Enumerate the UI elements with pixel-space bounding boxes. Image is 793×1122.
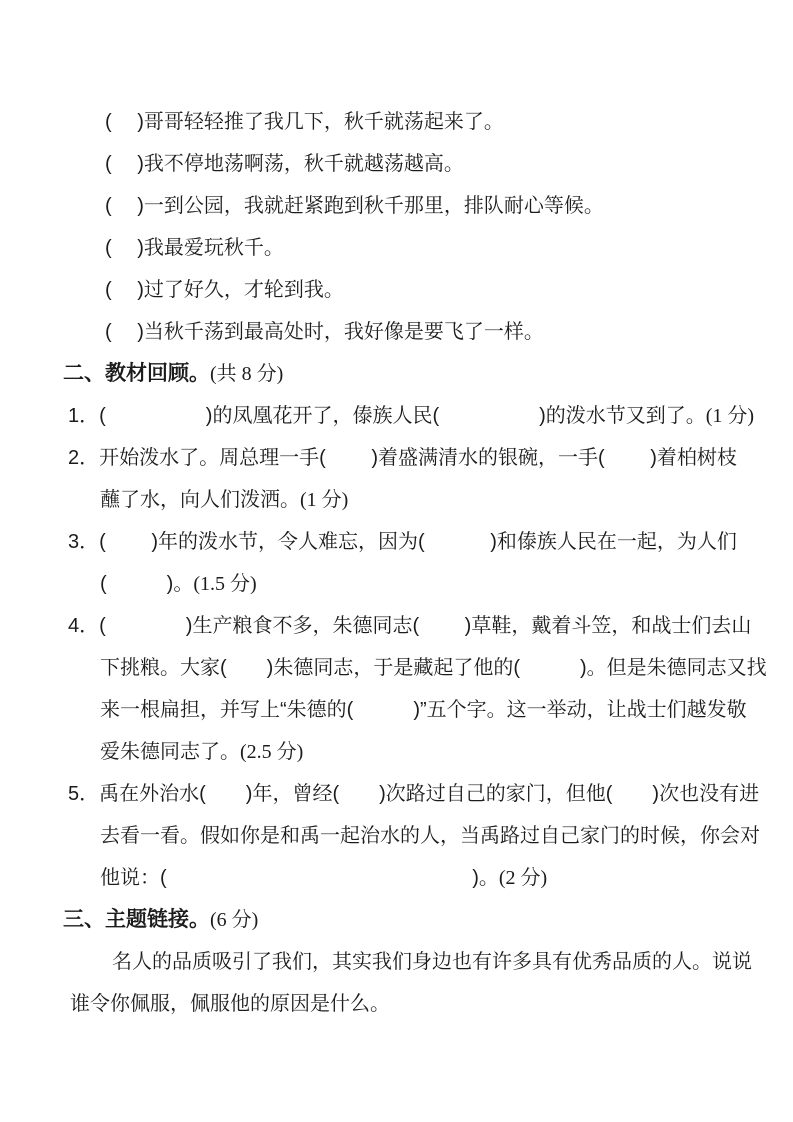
- section-heading: 三、主题链接。(6 分): [63, 899, 793, 941]
- question-item: 3．( )年的泼水节，令人难忘，因为( )和傣族人民在一起，为人们: [68, 521, 793, 563]
- question-continuation: 爱朱德同志了。(2.5 分): [100, 731, 793, 773]
- line-text: 蘸了水，向人们泼洒。: [100, 489, 300, 511]
- question-continuation: 他说：( )。(2 分): [100, 857, 793, 899]
- line-text: 三、主题链接。: [63, 908, 210, 931]
- line-text: 5．禹在外治水( )年，曾经( )次路过自己的家门，但他( )次也没有进: [68, 783, 759, 805]
- line-text: 4．( )生产粮食不多，朱德同志( )草鞋，戴着斗笠，和战士们去山: [68, 615, 751, 637]
- sequencing-item: ( )一到公园，我就赶紧跑到秋千那里，排队耐心等候。: [105, 185, 793, 227]
- line-text: 来一根扁担，并写上“朱德的( )”五个字。这一举动，让战士们越发敬: [100, 699, 747, 721]
- question-continuation: 蘸了水，向人们泼洒。(1 分): [100, 479, 793, 521]
- section-heading: 二、教材回顾。(共 8 分): [63, 353, 793, 395]
- line-text: ( )。: [100, 573, 193, 595]
- question-continuation: 去看一看。假如你是和禹一起治水的人，当禹路过自己家门的时候，你会对: [100, 815, 793, 857]
- worksheet-page: ( )哥哥轻轻推了我几下，秋千就荡起来了。( )我不停地荡啊荡，秋千就越荡越高。…: [0, 0, 793, 1122]
- line-text: 谁令你佩服，佩服他的原因是什么。: [70, 993, 390, 1015]
- line-text: ( )我不停地荡啊荡，秋千就越荡越高。: [105, 153, 464, 175]
- score-label: (共 8 分): [210, 363, 283, 385]
- score-label: (6 分): [210, 909, 258, 931]
- line-text: ( )过了好久，才轮到我。: [105, 279, 344, 301]
- sequencing-item: ( )哥哥轻轻推了我几下，秋千就荡起来了。: [105, 101, 793, 143]
- line-text: ( )我最爱玩秋千。: [105, 237, 284, 259]
- line-text: ( )当秋千荡到最高处时，我好像是要飞了一样。: [105, 321, 544, 343]
- line-text: 二、教材回顾。: [63, 362, 210, 385]
- sequencing-item: ( )我最爱玩秋千。: [105, 227, 793, 269]
- line-text: 1．( )的凤凰花开了，傣族人民( )的泼水节又到了。: [68, 405, 706, 427]
- score-label: (1 分): [706, 405, 754, 427]
- line-text: 他说：( )。: [100, 867, 499, 889]
- line-text: 爱朱德同志了。: [100, 741, 240, 763]
- paragraph-line: 名人的品质吸引了我们，其实我们身边也有许多具有优秀品质的人。说说: [112, 941, 793, 983]
- question-item: 5．禹在外治水( )年，曾经( )次路过自己的家门，但他( )次也没有进: [68, 773, 793, 815]
- score-label: (2.5 分): [240, 741, 303, 763]
- question-item: 4．( )生产粮食不多，朱德同志( )草鞋，戴着斗笠，和战士们去山: [68, 605, 793, 647]
- line-text: 名人的品质吸引了我们，其实我们身边也有许多具有优秀品质的人。说说: [112, 951, 752, 973]
- score-label: (1 分): [300, 489, 348, 511]
- line-text: 去看一看。假如你是和禹一起治水的人，当禹路过自己家门的时候，你会对: [100, 825, 760, 847]
- sequencing-item: ( )当秋千荡到最高处时，我好像是要飞了一样。: [105, 311, 793, 353]
- question-item: 2．开始泼水了。周总理一手( )着盛满清水的银碗，一手( )着柏树枝: [68, 437, 793, 479]
- sequencing-item: ( )我不停地荡啊荡，秋千就越荡越高。: [105, 143, 793, 185]
- line-text: 3．( )年的泼水节，令人难忘，因为( )和傣族人民在一起，为人们: [68, 531, 737, 553]
- score-label: (2 分): [499, 867, 547, 889]
- score-label: (1.5 分): [193, 573, 256, 595]
- document-lines: ( )哥哥轻轻推了我几下，秋千就荡起来了。( )我不停地荡啊荡，秋千就越荡越高。…: [0, 101, 793, 1025]
- line-text: 下挑粮。大家( )朱德同志，于是藏起了他的( )。但是朱德同志又找: [100, 657, 767, 679]
- question-continuation: 下挑粮。大家( )朱德同志，于是藏起了他的( )。但是朱德同志又找: [100, 647, 793, 689]
- question-continuation: 来一根扁担，并写上“朱德的( )”五个字。这一举动，让战士们越发敬: [100, 689, 793, 731]
- question-continuation: ( )。(1.5 分): [100, 563, 793, 605]
- line-text: ( )哥哥轻轻推了我几下，秋千就荡起来了。: [105, 111, 504, 133]
- line-text: 2．开始泼水了。周总理一手( )着盛满清水的银碗，一手( )着柏树枝: [68, 447, 737, 469]
- question-item: 1．( )的凤凰花开了，傣族人民( )的泼水节又到了。(1 分): [68, 395, 793, 437]
- paragraph-line: 谁令你佩服，佩服他的原因是什么。: [70, 983, 793, 1025]
- line-text: ( )一到公园，我就赶紧跑到秋千那里，排队耐心等候。: [105, 195, 604, 217]
- sequencing-item: ( )过了好久，才轮到我。: [105, 269, 793, 311]
